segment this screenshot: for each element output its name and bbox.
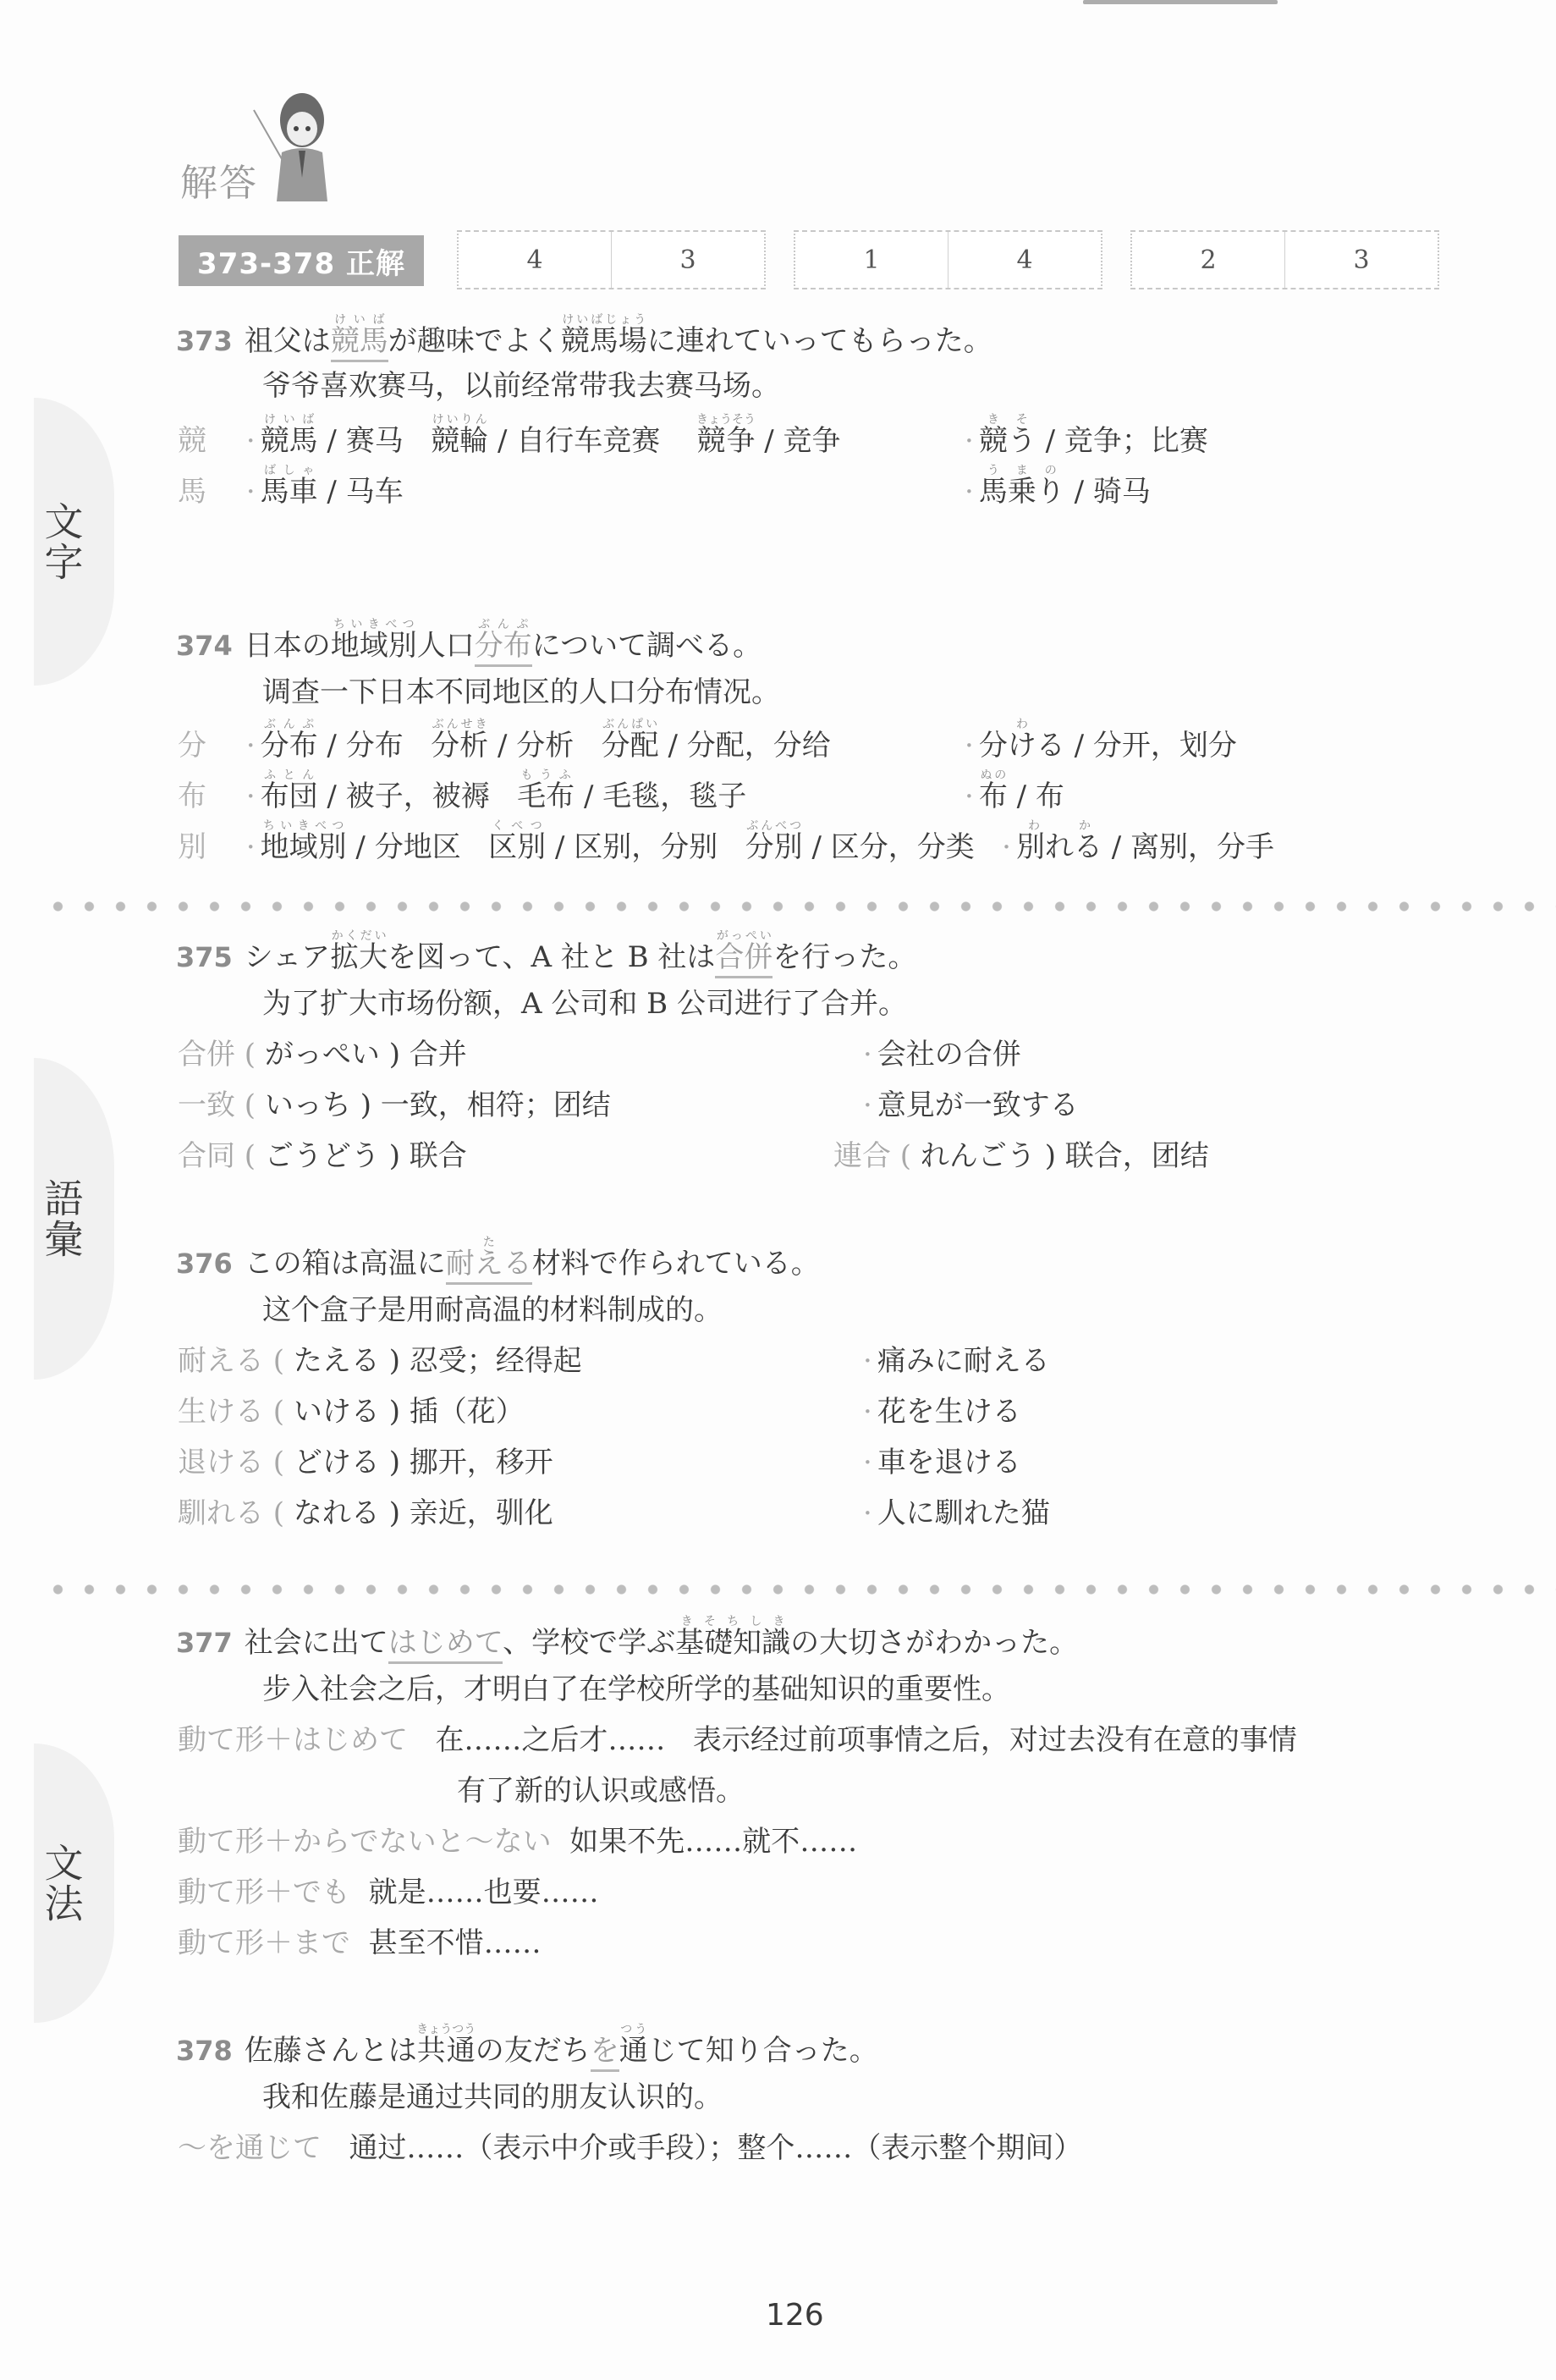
sentence-text: の友だち	[476, 2034, 591, 2068]
kanji-label: 分	[178, 722, 237, 763]
vocab-row: 一致 ( いっち ) 一致，相符；团结	[178, 1082, 611, 1123]
vocab-word: 分ける	[979, 729, 1065, 763]
example-text: 人に馴れた猫	[877, 1496, 1050, 1530]
question-374-translation: 调查一下日本不同地区的人口分布情况。	[262, 669, 780, 710]
side-tab-label: 文法	[34, 1843, 90, 1924]
target-text: 耐える	[446, 1247, 532, 1281]
grammar-pattern: ～を通じて	[178, 2131, 322, 2165]
vocab-meaning: 分地区	[375, 830, 461, 864]
target-text: 合併	[715, 940, 773, 974]
ruby-base: 基礎知識	[675, 1626, 790, 1660]
question-number: 375	[176, 941, 233, 973]
sentence-text: 材料で作られている。	[532, 1247, 820, 1281]
answer-group-3: 2 3	[1130, 230, 1439, 289]
bullet-icon: ·	[246, 830, 256, 864]
vocab-row: 合併 ( がっぺい ) 合并	[178, 1031, 467, 1072]
vocab-meaning: 联合	[410, 1139, 467, 1173]
sentence-text: について調べる。	[532, 629, 762, 663]
target-word: はじめて	[388, 1626, 503, 1664]
vocab-word: 競争	[696, 424, 756, 458]
bullet-icon: ·	[863, 1038, 872, 1072]
grammar-row: 動て形＋まで 甚至不惜……	[178, 1920, 542, 1961]
page-number: 126	[766, 2298, 824, 2333]
kanji-label: 競	[178, 417, 237, 459]
question-number: 378	[176, 2035, 233, 2067]
vocab-example: ·会社の合併	[863, 1031, 1021, 1072]
sentence-text: を行った。	[773, 940, 916, 974]
vocab-word: 退ける	[178, 1446, 264, 1479]
vocab-row: 退ける ( どける ) 挪开，移开	[178, 1439, 553, 1480]
furigana: かくだい	[330, 929, 388, 943]
vocab-row: 合同 ( ごうどう ) 联合	[178, 1132, 467, 1174]
bullet-icon: ·	[965, 780, 974, 813]
ruby-base: 通	[619, 2034, 648, 2068]
answer-376: 4	[948, 232, 1101, 288]
vocab-word: 分布	[261, 729, 318, 763]
vocab-example: ·車を退ける	[863, 1439, 1021, 1480]
side-tab-label: 文字	[34, 501, 90, 582]
kanji-label: 布	[178, 773, 237, 814]
furigana: ちいきべつ	[331, 618, 417, 631]
kanji-row-bun-right: ·分けるわ / 分开，划分	[965, 718, 1237, 763]
vocab-reading: がっぺい	[265, 1038, 380, 1072]
furigana: た	[446, 1236, 532, 1249]
furigana: ばしゃ	[261, 464, 318, 477]
answer-group-1: 4 3	[457, 230, 766, 289]
grammar-pattern: 動て形＋でも	[178, 1876, 350, 1909]
furigana: けいば	[261, 413, 318, 427]
vocab-word: 布団	[261, 780, 318, 813]
vocab-word: 分析	[431, 729, 488, 763]
vocab-meaning: 竞争；比赛	[1064, 424, 1208, 458]
page-edge-mark	[1083, 0, 1278, 4]
furigana: ぶんぷ	[261, 718, 318, 731]
vocab-word: 馬乗り	[979, 475, 1065, 509]
kanji-row-kei-right: ·競うきそ / 竞争；比赛	[965, 413, 1208, 459]
vocab-meaning: 联合，团结	[1065, 1139, 1209, 1173]
ruby-base: 共通	[416, 2034, 476, 2068]
bullet-icon: ·	[863, 1496, 872, 1530]
vocab-word: 一致	[178, 1088, 235, 1122]
sentence-text: この箱は高温に	[245, 1247, 446, 1281]
vocab-meaning: 分布	[346, 729, 404, 763]
sentence-text: シェア	[245, 940, 330, 974]
answer-377: 2	[1132, 232, 1284, 288]
vocab-word: 毛布	[517, 780, 575, 813]
question-377-sentence: 377社会に出てはじめて、学校で学ぶ基礎知識きそちしきの大切さがわかった。	[176, 1615, 1078, 1661]
grammar-pattern: 動て形＋からでないと～ない	[178, 1825, 552, 1859]
vocab-word: 別れる	[1016, 830, 1102, 864]
vocab-reading: いっち	[265, 1088, 351, 1122]
vocab-word: 区別	[488, 830, 546, 864]
vocab-word: 馬車	[261, 475, 318, 509]
grammar-row: 動て形＋からでないと～ない 如果不先……就不……	[178, 1818, 857, 1859]
ruby-base: 拡大	[330, 940, 388, 974]
vocab-word: 競輪	[431, 424, 488, 458]
vocab-word: 布	[979, 780, 1008, 813]
vocab-word: 馴れる	[178, 1496, 264, 1530]
section-title: 解答	[180, 152, 258, 207]
vocab-meaning: 挪开，移开	[410, 1446, 553, 1479]
grammar-row: 動て形＋はじめて 在……之后才…… 表示经过前项事情之后，对过去没有在意的事情	[178, 1716, 1297, 1758]
sentence-text: が趣味でよく	[388, 324, 561, 358]
vocab-example: ·意見が一致する	[863, 1082, 1079, 1123]
side-tab-moji: 文字	[34, 398, 114, 686]
question-378-sentence: 378佐藤さんとは共通きょうつうの友だちを通つうじて知り合った。	[176, 2023, 878, 2069]
ruby-word: 競馬場けいばじょう	[561, 324, 647, 358]
vocab-row: 耐える ( たえる ) 忍受；经得起	[178, 1337, 582, 1379]
vocab-meaning: 插（花）	[410, 1395, 525, 1429]
vocab-example: ·痛みに耐える	[863, 1337, 1050, 1379]
bullet-icon: ·	[246, 424, 256, 458]
vocab-meaning: 亲近，驯化	[410, 1496, 553, 1530]
sentence-text: じて知り合った。	[648, 2034, 878, 2068]
question-376-sentence: 376この箱は高温に耐えるた材料で作られている。	[176, 1236, 820, 1281]
vocab-meaning: 区分，分类	[831, 830, 975, 864]
bullet-icon: ·	[246, 729, 256, 763]
target-text: 分布	[475, 629, 532, 663]
ruby-base: 競馬場	[561, 324, 647, 358]
question-375-translation: 为了扩大市场份额，A 公司和 B 公司进行了合并。	[262, 980, 907, 1022]
furigana: がっぺい	[715, 929, 773, 943]
vocab-word: 耐える	[178, 1344, 264, 1378]
sentence-text: 祖父は	[245, 324, 331, 358]
kanji-row-fu-right: ·布ぬの / 布	[965, 769, 1064, 814]
question-374-sentence: 374日本の地域別ちいきべつ人口分布ぶんぷについて調べる。	[176, 618, 762, 664]
vocab-row: 生ける ( いける ) 插（花）	[178, 1388, 525, 1430]
vocab-word: 合同	[178, 1139, 235, 1173]
furigana: もうふ	[517, 769, 575, 782]
vocab-reading: なれる	[294, 1496, 380, 1530]
answer-group-2: 1 4	[794, 230, 1102, 289]
grammar-meaning: 就是……也要……	[369, 1876, 599, 1909]
vocab-meaning: 分开，划分	[1093, 729, 1237, 763]
grammar-row: ～を通じて 通过……（表示中介或手段）；整个……（表示整个期间）	[178, 2124, 1082, 2166]
answer-range-label: 373-378 正解	[179, 235, 424, 286]
example-text: 花を生ける	[877, 1395, 1021, 1429]
vocab-meaning: 布	[1036, 780, 1064, 813]
vocab-meaning: 竞争	[783, 424, 841, 458]
bullet-icon: ·	[863, 1344, 872, 1378]
target-word: 競馬けいば	[331, 324, 388, 362]
answer-range-bar: 373-378 正解	[179, 235, 424, 286]
kanji-row-betsu: 別 ·地域別ちいきべつ / 分地区 区別くべつ / 区别，分别 分別ぶんべつ /…	[178, 819, 1274, 865]
vocab-meaning: 自行车竞赛	[516, 424, 660, 458]
vocab-word: 分配	[602, 729, 659, 763]
sentence-text: 日本の	[245, 629, 331, 663]
furigana: きそちしき	[675, 1615, 790, 1628]
bullet-icon: ·	[965, 729, 974, 763]
example-text: 意見が一致する	[877, 1088, 1079, 1122]
vocab-meaning: 骑马	[1093, 475, 1151, 509]
vocab-word: 競馬	[261, 424, 318, 458]
vocab-meaning: 分析	[516, 729, 574, 763]
bullet-icon: ·	[246, 780, 256, 813]
vocab-meaning: 忍受；经得起	[410, 1344, 582, 1378]
furigana: ぶんぷ	[475, 618, 532, 631]
target-word: 分布ぶんぷ	[475, 629, 532, 667]
kanji-row-kei: 競 ·競馬けいば / 赛马 競輪けいりん / 自行车竞赛 競争きょうそう / 竞…	[178, 413, 841, 459]
kanji-label: 別	[178, 824, 237, 865]
vocab-word: 分別	[745, 830, 803, 864]
vocab-meaning: 合并	[410, 1038, 467, 1072]
furigana: けいばじょう	[561, 313, 647, 327]
vocab-example: ·人に馴れた猫	[863, 1490, 1050, 1531]
grammar-note-cont: 有了新的认识或感悟。	[457, 1767, 745, 1809]
vocab-word: 連合	[833, 1139, 891, 1173]
grammar-meaning: 甚至不惜……	[369, 1926, 542, 1960]
vocab-meaning: 一致，相符；团结	[381, 1088, 611, 1122]
vocab-word: 競う	[979, 424, 1036, 458]
section-divider	[42, 1584, 1556, 1595]
furigana: きょうそう	[696, 413, 756, 427]
question-number: 376	[176, 1248, 233, 1280]
answer-378: 3	[1284, 232, 1438, 288]
ruby-base: 地域別	[331, 629, 417, 663]
furigana: うまの	[979, 464, 1065, 477]
vocab-reading: れんごう	[921, 1139, 1036, 1173]
side-tab-bunpo: 文法	[34, 1744, 114, 2023]
furigana: ぬの	[979, 769, 1008, 782]
vocab-meaning: 区别，分别	[574, 830, 718, 864]
bullet-icon: ·	[863, 1446, 872, 1479]
furigana: くべつ	[488, 819, 546, 833]
vocab-meaning: 赛马	[346, 424, 404, 458]
sentence-text: 人口	[417, 629, 475, 663]
vocab-row: 連合 ( れんごう ) 联合，团结	[833, 1132, 1209, 1174]
kanji-row-fu: 布 ·布団ふとん / 被子，被褥 毛布もうふ / 毛毯，毯子	[178, 769, 746, 814]
question-377-translation: 步入社会之后，才明白了在学校所学的基础知识的重要性。	[262, 1666, 1010, 1707]
bullet-icon: ·	[965, 475, 974, 509]
question-373-translation: 爷爷喜欢赛马，以前经常带我去赛马场。	[262, 362, 780, 404]
furigana: ぶんべつ	[745, 819, 803, 833]
sentence-text: 佐藤さんとは	[245, 2034, 417, 2068]
grammar-row: 動て形＋でも 就是……也要……	[178, 1869, 599, 1910]
grammar-meaning: 如果不先……就不……	[569, 1825, 857, 1859]
grammar-note: 表示经过前项事情之后，对过去没有在意的事情	[693, 1723, 1297, 1757]
grammar-pattern: 動て形＋はじめて	[178, 1723, 408, 1757]
question-number: 374	[176, 630, 233, 662]
bullet-icon: ·	[1002, 830, 1011, 864]
furigana: けいば	[331, 313, 388, 327]
vocab-word: 生ける	[178, 1395, 264, 1429]
sentence-text: の大切さがわかった。	[790, 1626, 1078, 1660]
question-373-sentence: 373祖父は競馬けいばが趣味でよく競馬場けいばじょうに連れていってもらった。	[176, 313, 992, 359]
vocab-reading: どける	[294, 1446, 380, 1479]
vocab-meaning: 马车	[346, 475, 404, 509]
vocab-reading: ごうどう	[265, 1139, 380, 1173]
example-text: 車を退ける	[877, 1446, 1021, 1479]
furigana: わか	[1016, 819, 1102, 833]
section-divider	[42, 901, 1556, 912]
answer-373: 4	[459, 232, 611, 288]
bullet-icon: ·	[863, 1395, 872, 1429]
side-tab-goi: 語彙	[34, 1058, 114, 1380]
kanji-row-ba: 馬 ·馬車ばしゃ / 马车	[178, 464, 404, 510]
example-text: 痛みに耐える	[877, 1344, 1050, 1378]
vocab-meaning: 毛毯，毯子	[602, 780, 746, 813]
furigana: わ	[979, 718, 1065, 731]
sentence-text: 社会に出て	[245, 1626, 388, 1660]
vocab-reading: たえる	[294, 1344, 380, 1378]
furigana: ふとん	[261, 769, 318, 782]
question-375-sentence: 375シェア拡大かくだいを図って、A 社と B 社は合併がっぺいを行った。	[176, 929, 916, 975]
target-word: 合併がっぺい	[715, 940, 773, 978]
sentence-text: を図って、A 社と B 社は	[388, 940, 715, 974]
target-word: 耐えるた	[446, 1247, 532, 1285]
target-word: を	[591, 2034, 619, 2072]
kanji-label: 馬	[178, 468, 237, 510]
question-number: 377	[176, 1627, 233, 1659]
bullet-icon: ·	[246, 475, 256, 509]
grammar-pattern: 動て形＋まで	[178, 1926, 350, 1960]
grammar-meaning: 在……之后才……	[435, 1723, 665, 1757]
answer-375: 1	[795, 232, 948, 288]
furigana: けいりん	[431, 413, 488, 427]
example-text: 会社の合併	[877, 1038, 1021, 1072]
furigana: きょうつう	[416, 2023, 476, 2036]
question-378-translation: 我和佐藤是通过共同的朋友认识的。	[262, 2074, 723, 2115]
furigana: ちいきべつ	[261, 819, 347, 833]
kanji-row-bun: 分 ·分布ぶんぷ / 分布 分析ぶんせき / 分析 分配ぶんぱい / 分配，分给	[178, 718, 831, 763]
vocab-row: 馴れる ( なれる ) 亲近，驯化	[178, 1490, 553, 1531]
furigana: つう	[619, 2023, 648, 2036]
teacher-mascot-icon	[250, 85, 351, 203]
furigana: ぶんせき	[431, 718, 488, 731]
furigana: ぶんぱい	[602, 718, 659, 731]
sentence-text: に連れていってもらった。	[647, 324, 992, 358]
target-text: 競馬	[331, 324, 388, 358]
bullet-icon: ·	[965, 424, 974, 458]
vocab-word: 合併	[178, 1038, 235, 1072]
side-tab-label: 語彙	[34, 1178, 90, 1259]
vocab-meaning: 分配，分给	[687, 729, 831, 763]
question-376-translation: 这个盒子是用耐高温的材料制成的。	[262, 1286, 723, 1328]
question-number: 373	[176, 325, 233, 357]
answer-374: 3	[611, 232, 764, 288]
vocab-example: ·花を生ける	[863, 1388, 1021, 1430]
kanji-row-ba-right: ·馬乗りうまの / 骑马	[965, 464, 1151, 510]
vocab-reading: いける	[294, 1395, 380, 1429]
vocab-meaning: 被子，被褥	[346, 780, 490, 813]
vocab-meaning: 离别，分手	[1130, 830, 1274, 864]
sentence-text: 、学校で学ぶ	[503, 1626, 675, 1660]
furigana: きそ	[979, 413, 1036, 427]
grammar-meaning: 通过……（表示中介或手段）；整个……（表示整个期间）	[349, 2131, 1082, 2165]
bullet-icon: ·	[863, 1088, 872, 1122]
vocab-word: 地域別	[261, 830, 347, 864]
